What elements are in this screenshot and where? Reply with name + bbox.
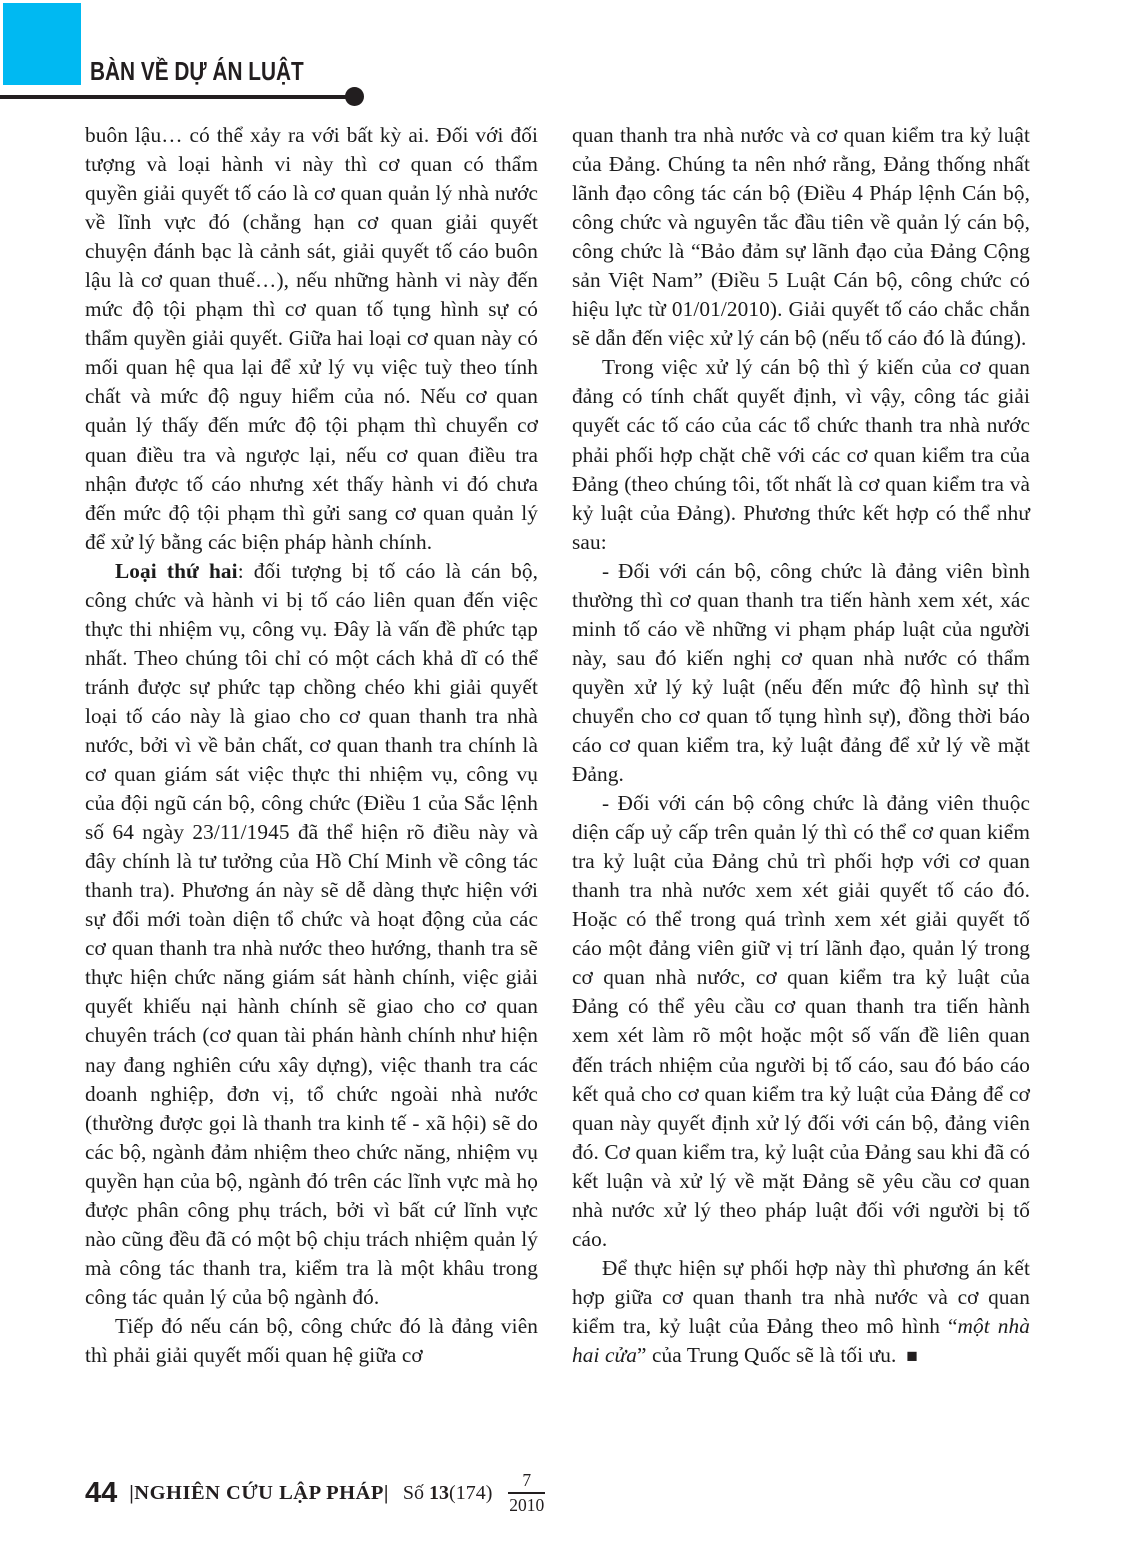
header-accent-square <box>3 3 81 85</box>
paragraph: - Đối với cán bộ công chức là đảng viên … <box>572 789 1030 1254</box>
section-title: BÀN VỀ DỰ ÁN LUẬT <box>90 57 304 85</box>
text-segment: - Đối với cán bộ, công chức là đảng viên… <box>572 559 1030 786</box>
rule-end-dot-icon <box>345 87 364 106</box>
paragraph: Tiếp đó nếu cán bộ, công chức đó là đảng… <box>85 1312 538 1370</box>
header-rule <box>0 95 347 99</box>
journal-name: |NGHIÊN CỨU LẬP PHÁP| <box>129 1482 389 1505</box>
text-segment: - Đối với cán bộ công chức là đảng viên … <box>572 791 1030 1251</box>
issue-year: 2010 <box>508 1494 545 1516</box>
paragraph: quan thanh tra nhà nước và cơ quan kiểm … <box>572 121 1030 353</box>
text-segment: : đối tượng bị tố cáo là cán bộ, công ch… <box>85 559 538 1309</box>
article-column-right: quan thanh tra nhà nước và cơ quan kiểm … <box>572 121 1030 1371</box>
issue-number: 13 <box>429 1482 449 1504</box>
article-column-left: buôn lậu… có thể xảy ra với bất kỳ ai. Đ… <box>85 121 538 1370</box>
issue-date-fraction: 7 2010 <box>508 1470 545 1516</box>
text-segment: Trong việc xử lý cán bộ thì ý kiến của c… <box>572 355 1030 553</box>
page-number: 44 <box>85 1477 117 1510</box>
text-segment: Tiếp đó nếu cán bộ, công chức đó là đảng… <box>85 1314 538 1367</box>
paragraph: Loại thứ hai: đối tượng bị tố cáo là cán… <box>85 557 538 1312</box>
paragraph: Trong việc xử lý cán bộ thì ý kiến của c… <box>572 353 1030 556</box>
issue-paren: (174) <box>449 1482 492 1504</box>
issue-label: Số <box>403 1482 424 1504</box>
text-segment: Loại thứ hai <box>115 559 238 583</box>
text-segment: buôn lậu… có thể xảy ra với bất kỳ ai. Đ… <box>85 123 538 554</box>
paragraph: Để thực hiện sự phối hợp này thì phương … <box>572 1254 1030 1371</box>
page-footer: 44 |NGHIÊN CỨU LẬP PHÁP| Số 13(174) 7 20… <box>85 1470 545 1516</box>
issue-info: Số 13(174) <box>403 1482 492 1505</box>
issue-month: 7 <box>508 1470 545 1494</box>
paragraph: - Đối với cán bộ, công chức là đảng viên… <box>572 557 1030 789</box>
journal-page: BÀN VỀ DỰ ÁN LUẬT buôn lậu… có thể xảy r… <box>0 0 1122 1564</box>
text-segment: ” của Trung Quốc sẽ là tối ưu. <box>637 1343 896 1367</box>
end-of-article-mark-icon: ■ <box>906 1346 917 1367</box>
text-segment: quan thanh tra nhà nước và cơ quan kiểm … <box>572 123 1030 350</box>
paragraph: buôn lậu… có thể xảy ra với bất kỳ ai. Đ… <box>85 121 538 557</box>
